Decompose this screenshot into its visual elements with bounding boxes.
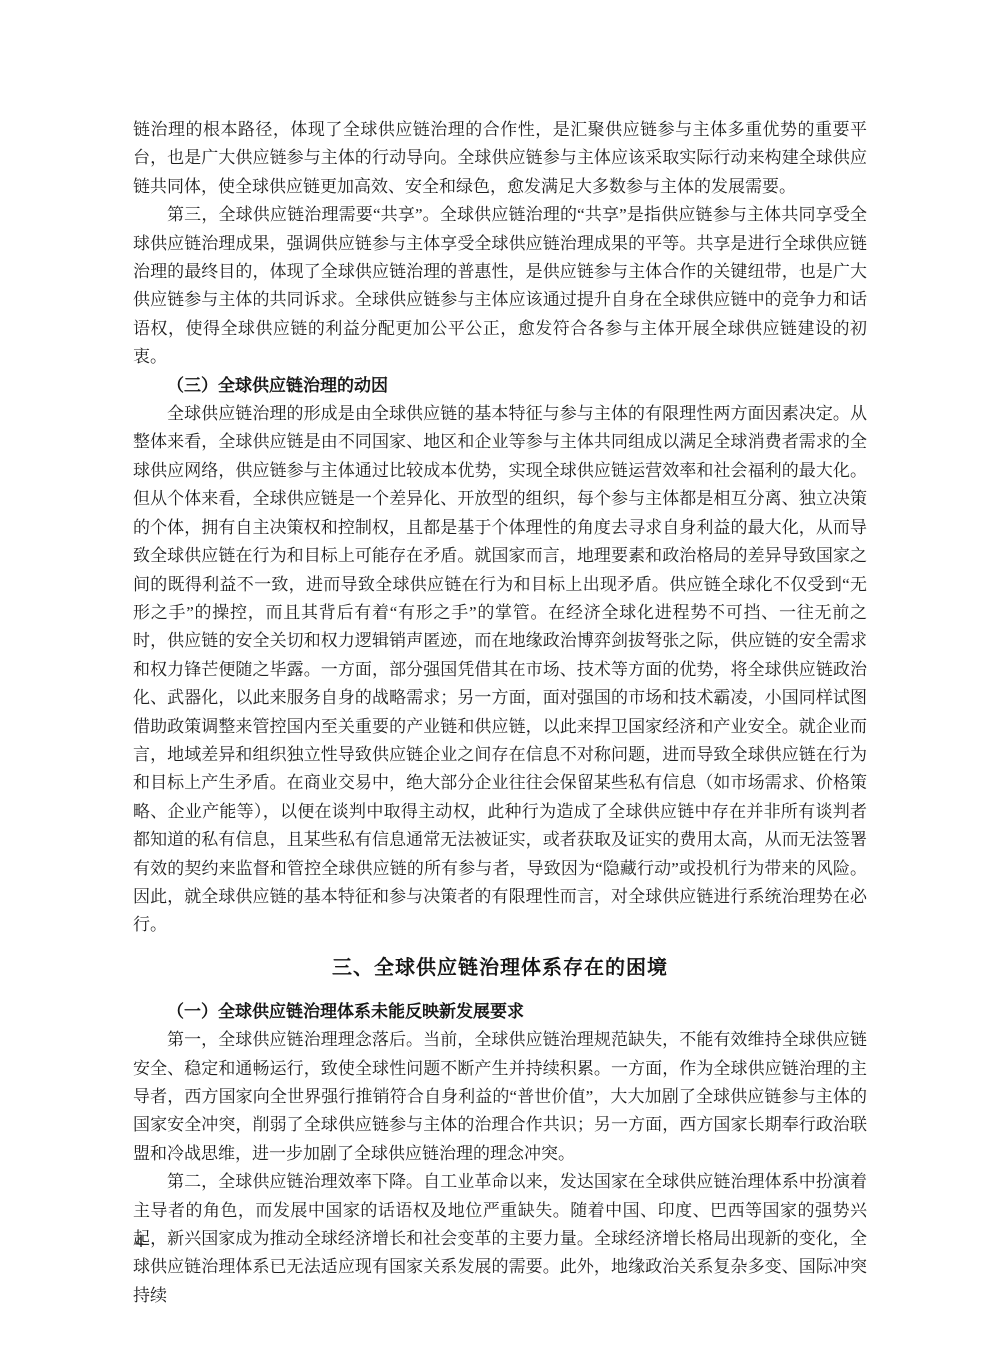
page-content: 链治理的根本路径，体现了全球供应链治理的合作性，是汇聚供应链参与主体多重优势的重… — [133, 116, 867, 1310]
section-heading: 三、全球供应链治理体系存在的困境 — [133, 953, 867, 983]
document-page: 链治理的根本路径，体现了全球供应链治理的合作性，是汇聚供应链参与主体多重优势的重… — [0, 0, 1000, 1347]
paragraph: 第三，全球供应链治理需要“共享”。全球供应链治理的“共享”是指供应链参与主体共同… — [133, 201, 867, 371]
page-number: 4 — [135, 1230, 144, 1254]
paragraph: 全球供应链治理的形成是由全球供应链的基本特征与参与主体的有限理性两方面因素决定。… — [133, 400, 867, 940]
paragraph-continuation: 链治理的根本路径，体现了全球供应链治理的合作性，是汇聚供应链参与主体多重优势的重… — [133, 116, 867, 201]
paragraph: 第一，全球供应链治理理念落后。当前，全球供应链治理规范缺失，不能有效维持全球供应… — [133, 1026, 867, 1168]
subsection-heading: （三）全球供应链治理的动因 — [133, 372, 867, 400]
paragraph: 第二，全球供应链治理效率下降。自工业革命以来，发达国家在全球供应链治理体系中扮演… — [133, 1168, 867, 1310]
subsection-heading: （一）全球供应链治理体系未能反映新发展要求 — [133, 998, 867, 1026]
